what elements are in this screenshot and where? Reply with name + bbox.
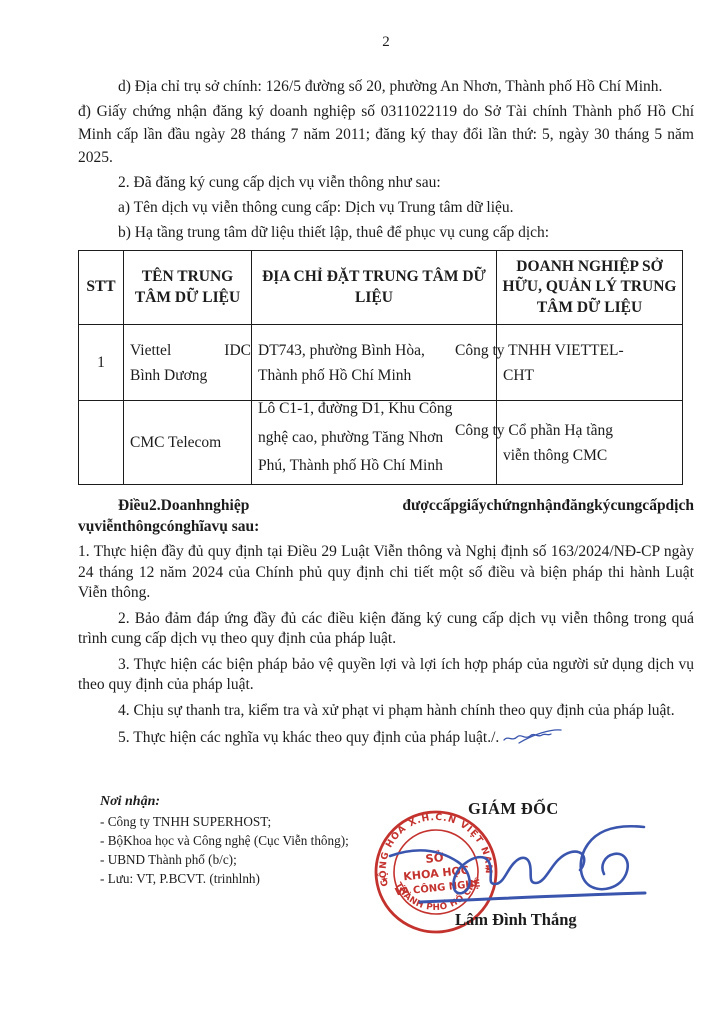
recipient-item: - BộKhoa học và Công nghệ (Cục Viễn thôn… — [100, 831, 349, 850]
paragraph-address: d) Địa chỉ trụ sở chính: 126/5 đường số … — [78, 75, 694, 98]
cell-datacenter-name: Viettel IDC Bình Dương — [124, 325, 252, 401]
table-row: 1 Viettel IDC Bình Dương DT743, phường B… — [79, 325, 683, 401]
paragraph-business-license: đ) Giấy chứng nhận đăng ký doanh nghiệp … — [78, 100, 694, 169]
header-stt: STT — [79, 251, 124, 325]
signer-name: Lâm Đình Thắng — [455, 910, 577, 930]
paragraph-registered-services: 2. Đã đăng ký cung cấp dịch vụ viễn thôn… — [78, 171, 694, 194]
page-number: 2 — [78, 34, 694, 51]
recipients-block: Nơi nhận: - Công ty TNHH SUPERHOST; - Bộ… — [100, 794, 349, 888]
recipients-title: Nơi nhận: — [100, 794, 349, 810]
cell-owner-company: Công ty Cổ phần Hạ tầng viễn thông CMC — [497, 401, 683, 485]
article2-heading: Điều2.Doanhnghiệp đượccấpgiấychứngnhậnđă… — [78, 495, 694, 537]
cell-datacenter-address: DT743, phường Bình Hòa, Thành phố Hồ Chí… — [252, 325, 497, 401]
signature-initials — [501, 726, 563, 746]
article2-item: 2. Bảo đảm đáp ứng đầy đủ các điều kiện … — [78, 609, 694, 650]
recipient-item: - Lưu: VT, P.BCVT. (trinhlnh) — [100, 869, 349, 888]
article2-item: 4. Chịu sự thanh tra, kiểm tra và xử phạ… — [78, 701, 694, 722]
table-row: CMC Telecom Lô C1-1, đường D1, Khu Công … — [79, 401, 683, 485]
table-header-row: STT TÊN TRUNG TÂM DỮ LIỆU ĐỊA CHỈ ĐẶT TR… — [79, 251, 683, 325]
cell-datacenter-address: Lô C1-1, đường D1, Khu Công nghệ cao, ph… — [252, 401, 497, 485]
header-owner-company: DOANH NGHIỆP SỞ HỮU, QUẢN LÝ TRUNG TÂM D… — [497, 251, 683, 325]
cell-datacenter-name: CMC Telecom — [124, 401, 252, 485]
paragraph-infrastructure-intro: b) Hạ tầng trung tâm dữ liệu thiết lập, … — [78, 221, 694, 244]
article2-item: 3. Thực hiện các biện pháp bảo vệ quyền … — [78, 655, 694, 696]
recipient-item: - Công ty TNHH SUPERHOST; — [100, 812, 349, 831]
header-datacenter-address: ĐỊA CHỈ ĐẶT TRUNG TÂM DỮ LIỆU — [252, 251, 497, 325]
paragraph-service-name: a) Tên dịch vụ viễn thông cung cấp: Dịch… — [78, 196, 694, 219]
document-body: 2 d) Địa chỉ trụ sở chính: 126/5 đường s… — [0, 0, 724, 749]
article2-item: 5. Thực hiện các nghĩa vụ khác theo quy … — [78, 726, 694, 749]
recipient-item: - UBND Thành phố (b/c); — [100, 850, 349, 869]
director-signature — [376, 812, 668, 912]
cell-owner-company: Công ty TNHH VIETTEL- CHT — [497, 325, 683, 401]
header-datacenter-name: TÊN TRUNG TÂM DỮ LIỆU — [124, 251, 252, 325]
cell-stt: 1 — [79, 325, 124, 401]
datacenter-table: STT TÊN TRUNG TÂM DỮ LIỆU ĐỊA CHỈ ĐẶT TR… — [78, 250, 683, 485]
article2-item: 1. Thực hiện đầy đủ quy định tại Điều 29… — [78, 542, 694, 604]
document-page: 2 d) Địa chỉ trụ sở chính: 126/5 đường s… — [0, 0, 724, 1024]
cell-stt — [79, 401, 124, 485]
